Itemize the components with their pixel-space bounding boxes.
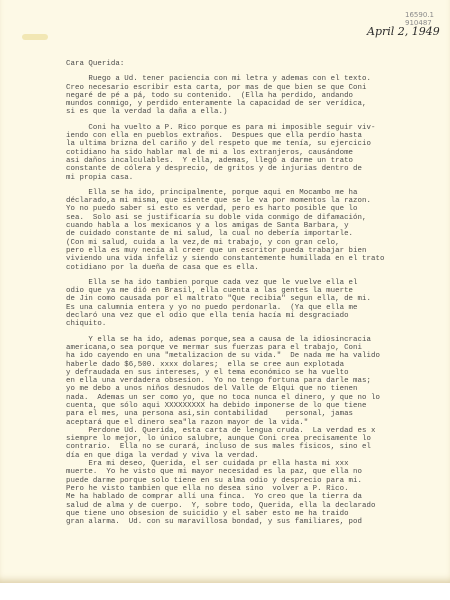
text-line: chiquito. [66, 320, 446, 328]
text-line: siempre lo mejor, lo único salubre, aunq… [66, 435, 446, 443]
letter-body: Cara Querida: Ruego a Ud. tener pacienci… [66, 60, 446, 526]
text-line: constante de cólera y desprecio, de grit… [66, 165, 446, 173]
text-line: cuando habla a los mexicanos y a los ami… [66, 222, 446, 230]
text-line: día en que diga la verdad y viva la verd… [66, 452, 446, 460]
text-line: que tiene uno obsesion de suicidio y el … [66, 510, 446, 518]
text-line: Coni ha vuelto a P. Rico porque es para … [66, 124, 446, 132]
archive-numbers: 16590.1 910487 [405, 11, 445, 27]
text-line: (Con mi salud, cuida a la vez,de mi trab… [66, 239, 446, 247]
text-line: iendo con ella en pueblos extraños. Desp… [66, 132, 446, 140]
paper-stain [22, 34, 48, 40]
text-line: déclarado,a mi misma, que siente que se … [66, 197, 446, 205]
text-line: Ruego a Ud. tener paciencia con mi letra… [66, 75, 446, 83]
text-line: para el mes, una persona asi,sin contabi… [66, 410, 446, 418]
text-line: gran alarma. Ud. con su maravillosa bond… [66, 518, 446, 526]
text-line: Y ella se ha ido, ademas porque,sea a ca… [66, 336, 446, 344]
text-line: sea. Solo asi se justificaría su doble v… [66, 214, 446, 222]
salutation: Cara Querida: [66, 60, 446, 68]
letter-page: April 2, 1949 16590.1 910487 Cara Querid… [0, 0, 450, 583]
text-line: cotidiano ha sido hablar mal de mi a los… [66, 149, 446, 157]
text-line: cotidiano por la dueña de casa que es el… [66, 264, 446, 272]
text-line: salud de alma y de cuerpo. Y, sobre todo… [66, 502, 446, 510]
text-line: en ella una verdadera obsesion. Yo no te… [66, 377, 446, 385]
text-line: y defraudada en sus intereses, y el tema… [66, 369, 446, 377]
text-line: mundos conmigo, y perdido enteramente la… [66, 100, 446, 108]
text-line: Yo no puedo saber si esto es verdad, per… [66, 205, 446, 213]
text-line: de cuidado constante de mi salud, la cua… [66, 230, 446, 238]
text-line: cuenta, que sólo aqui XXXXXXXXX ha debid… [66, 402, 446, 410]
paragraphs: Ruego a Ud. tener paciencia con mi letra… [66, 75, 446, 526]
text-line: declaró una vez que el odio que ella ten… [66, 312, 446, 320]
archive-number: 910487 [405, 19, 445, 27]
text-line: pero ella es muy necia al creer que un e… [66, 247, 446, 255]
text-line: nada. Ademas un ser como yo, que no toca… [66, 394, 446, 402]
text-line: viviendo una vida infeliz y siendo const… [66, 255, 446, 263]
text-line: Ella se ha ido tambien porque cada vez q… [66, 279, 446, 287]
text-line: negaré de pé a pá, todo su contenido. (E… [66, 92, 446, 100]
letter-paragraph: Ella se ha ido, principalmente, porque a… [66, 189, 446, 272]
text-line: Creo necesario escribir esta carta, por … [66, 84, 446, 92]
letter-paragraph: Coni ha vuelto a P. Rico porque es para … [66, 124, 446, 182]
text-line: Me ha hablado de comprar allí una finca.… [66, 493, 446, 501]
text-line: si es que la verdad la daña a ella.) [66, 108, 446, 116]
letter-paragraph: Era mi deseo, Querida, el ser cuidada pr… [66, 460, 446, 526]
text-line: Era mi deseo, Querida, el ser cuidada pr… [66, 460, 446, 468]
text-line: puede darme porque solo tiene en su alma… [66, 477, 446, 485]
letter-paragraph: Ruego a Ud. tener paciencia con mi letra… [66, 75, 446, 116]
text-line: asi daños incalculables. Y ella, ademas,… [66, 157, 446, 165]
text-line: haberle dado $6,500. xxxx dolares; ella … [66, 361, 446, 369]
text-line: aceptará que el dinero sea"la razon mayo… [66, 419, 446, 427]
text-line: americana,o sea porque ve mermar sus fue… [66, 344, 446, 352]
text-line: ha ido cayendo en una "metalizacion de s… [66, 352, 446, 360]
text-line: yo me debo a unos niños desnudos del Val… [66, 385, 446, 393]
text-line: Ella se ha ido, principalmente, porque a… [66, 189, 446, 197]
text-line: mi propia casa. [66, 174, 446, 182]
letter-paragraph: Y ella se ha ido, ademas porque,sea a ca… [66, 336, 446, 427]
text-line: contrario. Ella no se curará, incluso de… [66, 443, 446, 451]
text-line: Es una calumnia entera y yo no puedo per… [66, 304, 446, 312]
text-line: odio que ya me dió en Brasil, ella cuent… [66, 287, 446, 295]
text-line: la ultima brizna del cariño y del respet… [66, 140, 446, 148]
text-line: Perdone Ud. Querida, esta carta de lengu… [66, 427, 446, 435]
text-line: muerte. Yo he visto que mi mayor necesid… [66, 468, 446, 476]
text-line: Pero he visto tambien que ella no desea … [66, 485, 446, 493]
archive-number: 16590.1 [405, 11, 445, 19]
text-line: de Jin como causada por el maltrato "Que… [66, 295, 446, 303]
letter-paragraph: Perdone Ud. Querida, esta carta de lengu… [66, 427, 446, 460]
letter-paragraph: Ella se ha ido tambien porque cada vez q… [66, 279, 446, 329]
